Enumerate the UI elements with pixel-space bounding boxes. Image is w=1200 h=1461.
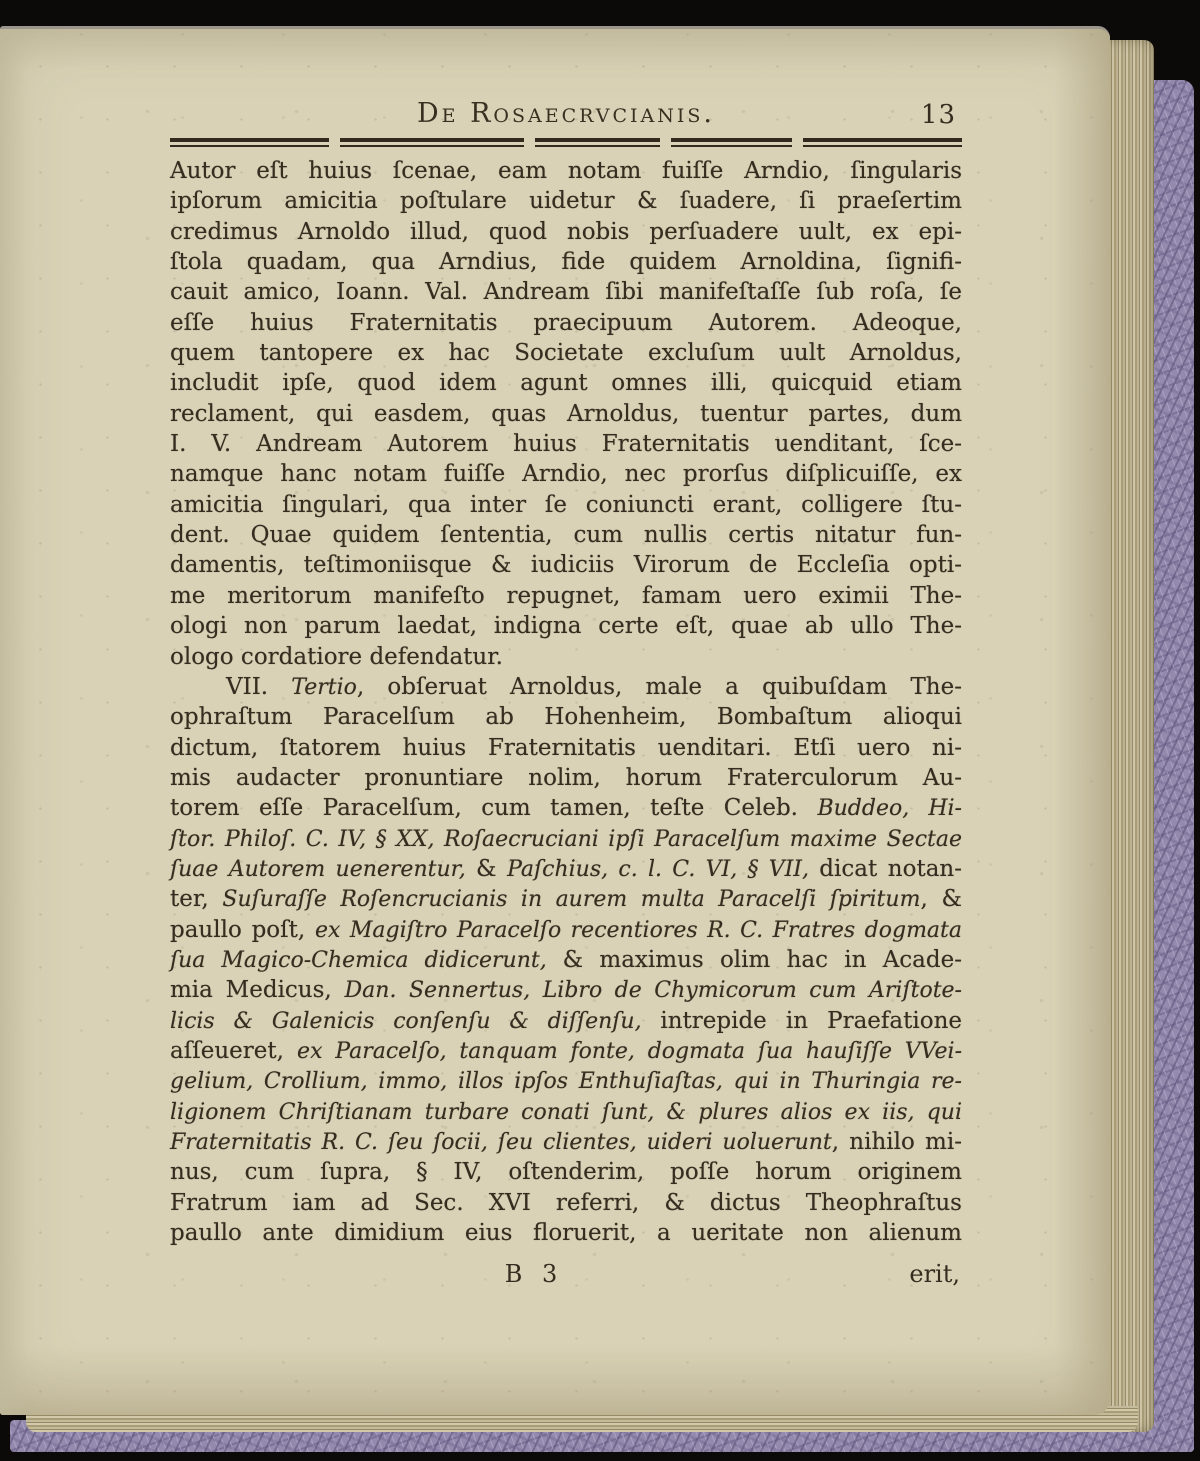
roman-run: torem eſſe Paracelſum, cum tamen, teſte … xyxy=(170,795,817,821)
text-line: reclament, qui easdem, quas Arnoldus, tu… xyxy=(170,399,962,429)
text-line: namque hanc notam fuiſſe Arndio, nec pro… xyxy=(170,459,962,489)
text-line: Fratrum iam ad Sec. XVI referri, & dictu… xyxy=(170,1188,962,1218)
header-title: De Rosaecrvcianis. xyxy=(417,98,715,129)
roman-run: quem tantopere ex hac Societate excluſum… xyxy=(170,340,962,366)
roman-run: , & xyxy=(920,886,962,912)
text-line: mia Medicus, Dan. Sennertus, Libro de Ch… xyxy=(170,975,962,1005)
text-line: Autor eſt huius ſcenae, eam notam fuiſſe… xyxy=(170,156,962,186)
rule-segment xyxy=(170,138,329,147)
italic-run: ex Paracelſo, tanquam fonte, dogmata ſua… xyxy=(297,1039,962,1064)
roman-run: eſſe huius Fraternitatis praecipuum Auto… xyxy=(170,310,962,336)
italic-run: Paſchius, c. l. C. VI, § VII, xyxy=(507,857,819,882)
page-number: 13 xyxy=(921,100,956,130)
roman-run: damentis, teſtimoniisque & iudiciis Viro… xyxy=(170,552,962,578)
roman-run: includit ipſe, quod idem agunt omnes ill… xyxy=(170,370,962,396)
roman-run: mia Medicus, xyxy=(170,977,345,1003)
running-header: De Rosaecrvcianis. 13 xyxy=(170,98,962,136)
roman-run: namque hanc notam fuiſſe Arndio, nec pro… xyxy=(170,461,962,487)
text-line: gelium, Crollium, immo, illos ipſos Enth… xyxy=(170,1066,962,1096)
roman-run: amicitia ſingulari, qua inter ſe coniunc… xyxy=(170,492,962,518)
printed-text-block: De Rosaecrvcianis. 13 Autor eſt huius ſc… xyxy=(170,98,962,1294)
text-line: ſua Magico-Chemica didicerunt, & maximus… xyxy=(170,945,962,975)
text-line: eſſe huius Fraternitatis praecipuum Auto… xyxy=(170,308,962,338)
text-line: dictum, ſtatorem huius Fraternitatis uen… xyxy=(170,733,962,763)
italic-run: ſua Magico-Chemica didicerunt, xyxy=(170,948,563,973)
italic-run: Suſuraſſe Roſencrucianis in aurem multa … xyxy=(222,887,920,912)
text-line: dent. Quae quidem ſententia, cum nullis … xyxy=(170,520,962,550)
roman-run: , nihilo mi- xyxy=(832,1129,962,1155)
roman-run: dictum, ſtatorem huius Fraternitatis uen… xyxy=(170,735,962,761)
roman-run: nus, cum ſupra, § IV, oſtenderim, poſſe … xyxy=(170,1159,962,1185)
roman-run: Autor eſt huius ſcenae, eam notam fuiſſe… xyxy=(170,158,962,184)
text-line: ter, Suſuraſſe Roſencrucianis in aurem m… xyxy=(170,884,962,914)
italic-run: gelium, Crollium, immo, illos ipſos Enth… xyxy=(170,1069,962,1094)
text-body: Autor eſt huius ſcenae, eam notam fuiſſe… xyxy=(170,156,962,1248)
text-line: ſuae Autorem uenerentur, & Paſchius, c. … xyxy=(170,854,962,884)
text-line: paullo ante dimidium eius floruerit, a u… xyxy=(170,1218,962,1248)
roman-run: I. V. Andream Autorem huius Fraternitati… xyxy=(170,431,962,457)
text-line: ligionem Chriſtianam turbare conati ſunt… xyxy=(170,1097,962,1127)
text-line: credimus Arnoldo illud, quod nobis perſu… xyxy=(170,217,962,247)
rule-segment xyxy=(803,138,962,147)
text-line: ipſorum amicitia poſtulare uidetur & ſua… xyxy=(170,186,962,216)
italic-run: Tertio xyxy=(291,675,357,700)
roman-run: dent. Quae quidem ſententia, cum nullis … xyxy=(170,522,962,548)
text-line: Fraternitatis R. C. ſeu ſocii, ſeu clien… xyxy=(170,1127,962,1157)
roman-run: cauit amico, Ioann. Val. Andream ſibi ma… xyxy=(170,279,962,305)
header-rule xyxy=(170,138,962,147)
italic-run: ſuae Autorem uenerentur, xyxy=(170,857,476,882)
roman-run: credimus Arnoldo illud, quod nobis perſu… xyxy=(170,219,962,245)
text-line: amicitia ſingulari, qua inter ſe coniunc… xyxy=(170,490,962,520)
roman-run: & maximus olim hac in Acade- xyxy=(563,947,962,973)
italic-run: ſtor. Philoſ. C. IV, § XX, Roſaecruciani… xyxy=(170,827,962,852)
rule-segment xyxy=(671,138,791,147)
roman-run: ſtola quadam, qua Arndius, fide quidem A… xyxy=(170,249,962,275)
roman-run: ter, xyxy=(170,886,222,912)
text-line: ſtola quadam, qua Arndius, fide quidem A… xyxy=(170,247,962,277)
text-line: damentis, teſtimoniisque & iudiciis Viro… xyxy=(170,550,962,580)
text-line: quem tantopere ex hac Societate excluſum… xyxy=(170,338,962,368)
text-line: ologo cordatiore defendatur. xyxy=(170,642,962,672)
roman-run: dicat notan- xyxy=(819,856,962,882)
roman-run: , obſeruat Arnoldus, male a quibuſdam Th… xyxy=(357,674,962,700)
text-line: I. V. Andream Autorem huius Fraternitati… xyxy=(170,429,962,459)
roman-run: ipſorum amicitia poſtulare uidetur & ſua… xyxy=(170,188,962,214)
roman-run: me meritorum manifeſto repugnet, famam u… xyxy=(170,583,962,609)
roman-run: Fratrum iam ad Sec. XVI referri, & dictu… xyxy=(170,1190,962,1216)
italic-run: licis & Galenicis conſenſu & diſſenſu, xyxy=(170,1009,660,1034)
text-line: ophraſtum Paracelſum ab Hohenheim, Bomba… xyxy=(170,702,962,732)
italic-run: Buddeo, Hi- xyxy=(817,796,962,821)
text-line: paullo poſt, ex Magiſtro Paracelſo recen… xyxy=(170,915,962,945)
roman-run: ologi non parum laedat, indigna certe eſ… xyxy=(170,613,962,639)
roman-run: ologo cordatiore defendatur. xyxy=(170,644,503,670)
italic-run: Fraternitatis R. C. ſeu ſocii, ſeu clien… xyxy=(170,1130,832,1155)
signature-line: B 3 erit, xyxy=(170,1260,962,1294)
text-line: includit ipſe, quod idem agunt omnes ill… xyxy=(170,368,962,398)
text-line: cauit amico, Ioann. Val. Andream ſibi ma… xyxy=(170,277,962,307)
roman-run: VII. xyxy=(226,674,291,700)
text-line: ologi non parum laedat, indigna certe eſ… xyxy=(170,611,962,641)
roman-run: ophraſtum Paracelſum ab Hohenheim, Bomba… xyxy=(170,704,962,730)
italic-run: Dan. Sennertus, Libro de Chymicorum cum … xyxy=(345,978,962,1003)
catchword: erit, xyxy=(909,1260,960,1288)
roman-run: intrepide in Praefatione xyxy=(660,1008,962,1034)
roman-run: aſſeueret, xyxy=(170,1038,297,1064)
italic-run: ex Magiſtro Paracelſo recentiores R. C. … xyxy=(315,918,962,943)
roman-run: & xyxy=(476,856,507,882)
roman-run: reclament, qui easdem, quas Arnoldus, tu… xyxy=(170,401,962,427)
scanned-book-photo: { "page": { "header": { "title": "De Ros… xyxy=(0,0,1200,1461)
italic-run: ligionem Chriſtianam turbare conati ſunt… xyxy=(170,1100,962,1125)
text-line: ſtor. Philoſ. C. IV, § XX, Roſaecruciani… xyxy=(170,824,962,854)
rule-segment xyxy=(535,138,660,147)
text-line: licis & Galenicis conſenſu & diſſenſu, i… xyxy=(170,1006,962,1036)
text-line: aſſeueret, ex Paracelſo, tanquam fonte, … xyxy=(170,1036,962,1066)
signature-mark: B 3 xyxy=(170,1260,898,1288)
roman-run: paullo poſt, xyxy=(170,917,315,943)
text-line: VII. Tertio, obſeruat Arnoldus, male a q… xyxy=(170,672,962,702)
text-line: me meritorum manifeſto repugnet, famam u… xyxy=(170,581,962,611)
rule-segment xyxy=(340,138,524,147)
roman-run: mis audacter pronuntiare nolim, horum Fr… xyxy=(170,765,962,791)
text-line: nus, cum ſupra, § IV, oſtenderim, poſſe … xyxy=(170,1157,962,1187)
roman-run: paullo ante dimidium eius floruerit, a u… xyxy=(170,1220,962,1246)
text-line: torem eſſe Paracelſum, cum tamen, teſte … xyxy=(170,793,962,823)
text-line: mis audacter pronuntiare nolim, horum Fr… xyxy=(170,763,962,793)
